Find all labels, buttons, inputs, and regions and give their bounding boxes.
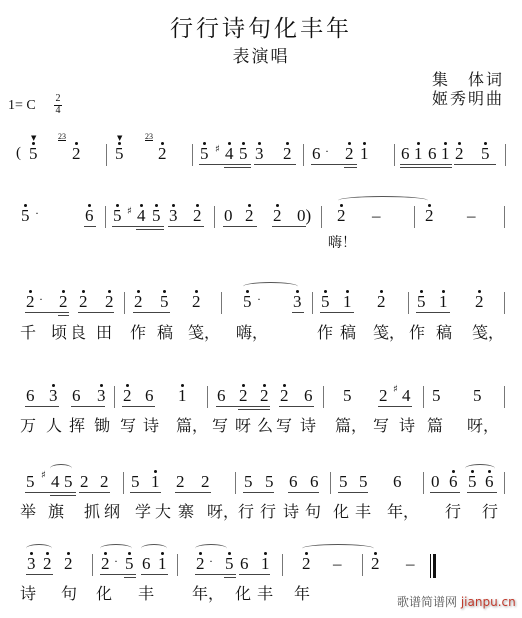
- note: 2: [273, 206, 282, 226]
- note: 2: [455, 144, 464, 164]
- note: 2: [100, 472, 109, 492]
- barline: [504, 292, 505, 314]
- note: 6: [145, 386, 154, 406]
- lyricist: 集 体词: [432, 70, 504, 89]
- lyric: 年: [294, 581, 310, 604]
- lyric: 人: [46, 413, 62, 436]
- barline: [504, 472, 505, 494]
- note: 6: [72, 386, 81, 406]
- lyric: 作: [409, 320, 425, 343]
- lyric: 篇，: [335, 413, 367, 436]
- lyric: 笺，: [472, 320, 504, 343]
- lyric: 篇: [427, 413, 443, 436]
- note: 4: [402, 386, 411, 406]
- barline: [207, 386, 208, 408]
- song-subtitle: 表演唱: [0, 42, 522, 67]
- note: 2: [377, 292, 386, 312]
- note: 6: [26, 386, 35, 406]
- composer: 姬秀明曲: [432, 89, 504, 108]
- tie: [338, 196, 428, 205]
- dot-duration: ·: [39, 292, 43, 307]
- note: 6: [85, 206, 94, 226]
- dot-duration: ·: [35, 206, 39, 221]
- note: 2: [43, 554, 52, 574]
- note: 5: [26, 472, 35, 492]
- lyric: 丰: [355, 499, 371, 522]
- lyric: 化: [96, 581, 112, 604]
- accent-mark-icon: ▼: [117, 134, 122, 142]
- lyric: 嗨！: [328, 232, 356, 252]
- note: 2: [101, 554, 110, 574]
- note: 2: [192, 292, 201, 312]
- note: 2: [59, 292, 68, 312]
- note: 5: [321, 292, 330, 312]
- watermark-site-name: 歌谱简谱网: [397, 595, 457, 609]
- barline: [92, 554, 93, 576]
- note: 1: [439, 292, 448, 312]
- note: 6: [240, 554, 249, 574]
- note: 3: [255, 144, 264, 164]
- note: 6: [485, 472, 494, 492]
- score-line-1: ( ▼ 5 23 2 ▼ 5 23 2 5 ♯ 4 5 3 2 6 · 2 1 …: [0, 130, 522, 190]
- note: 2: [302, 554, 311, 574]
- note: 2: [80, 472, 89, 492]
- barline: [282, 554, 283, 576]
- note: 2: [239, 386, 248, 406]
- barline: [330, 472, 331, 494]
- note: 1: [151, 472, 160, 492]
- lyric: 化: [235, 581, 251, 604]
- note: 1: [414, 144, 423, 164]
- note: 1: [441, 144, 450, 164]
- note: 3: [97, 386, 106, 406]
- lyric: 旗: [48, 499, 64, 522]
- lyric: 丰: [138, 581, 154, 604]
- note: 5: [152, 206, 161, 226]
- barline: [414, 206, 415, 228]
- lyric: 锄: [94, 413, 110, 436]
- extend-dash: –: [406, 554, 415, 574]
- barline: [321, 206, 322, 228]
- barline: [504, 386, 505, 408]
- lyric: 良: [70, 320, 86, 343]
- note: 2: [176, 472, 185, 492]
- note: 5: [239, 144, 248, 164]
- lyric: 诗: [399, 413, 415, 436]
- note: 5: [21, 206, 30, 226]
- accent-mark-icon: ▼: [31, 134, 36, 142]
- note: 5: [359, 472, 368, 492]
- note: 5: [265, 472, 274, 492]
- note: 2: [245, 206, 254, 226]
- barline: [423, 472, 424, 494]
- lyric: 诗: [143, 413, 159, 436]
- lyric: 句: [305, 499, 321, 522]
- note: 3: [27, 554, 36, 574]
- note: 2: [260, 386, 269, 406]
- note: 6: [217, 386, 226, 406]
- lyric: 笺，: [373, 320, 405, 343]
- lyric: 诗: [283, 499, 299, 522]
- note: 2: [475, 292, 484, 312]
- time-signature: 2 4: [54, 94, 62, 116]
- note: 2: [280, 386, 289, 406]
- note: 6: [428, 144, 437, 164]
- lyric: 写: [276, 413, 292, 436]
- note: 5: [131, 472, 140, 492]
- note: 2: [64, 554, 73, 574]
- note: 4: [51, 472, 60, 492]
- barline: [505, 144, 506, 166]
- lyric: 顷: [51, 320, 67, 343]
- note: 2: [337, 206, 346, 226]
- lyric: 句: [61, 581, 77, 604]
- note: 5: [481, 144, 490, 164]
- lyric: 举: [20, 499, 36, 522]
- lyric: 作: [317, 320, 333, 343]
- lyric: 年，: [387, 499, 419, 522]
- lyric: 呀，: [467, 413, 499, 436]
- lyric: 写: [373, 413, 389, 436]
- note: 3: [49, 386, 58, 406]
- sharp-icon: ♯: [215, 144, 220, 155]
- lyric: 寨: [178, 499, 194, 522]
- note: 5: [225, 554, 234, 574]
- open-paren: (: [16, 145, 21, 162]
- key-signature: 1= C: [8, 98, 36, 114]
- barline: [362, 554, 363, 576]
- lyric: 写: [120, 413, 136, 436]
- lyric: 化: [333, 499, 349, 522]
- lyric: 笺，: [188, 320, 220, 343]
- lyric: 稿: [436, 320, 452, 343]
- barline: [408, 292, 409, 314]
- note: 6: [393, 472, 402, 492]
- barline: [394, 144, 395, 166]
- grace-note: 23: [58, 132, 66, 141]
- note: 6: [449, 472, 458, 492]
- note: 2: [193, 206, 202, 226]
- lyric: 诗: [300, 413, 316, 436]
- final-barline: [433, 554, 436, 578]
- lyric: 呀，: [207, 499, 239, 522]
- note: 6: [401, 144, 410, 164]
- watermark: 歌谱简谱网 jianpu.cn: [397, 593, 516, 610]
- note: 5: [64, 472, 73, 492]
- note: 2: [196, 554, 205, 574]
- barline: [124, 292, 125, 314]
- score-line-2: 5 · 6 5 ♯ 4 5 3 2 0 2 2 0) 2 – 2 – 嗨！: [0, 192, 522, 252]
- note: 0: [431, 472, 440, 492]
- note: 2: [345, 144, 354, 164]
- extend-dash: –: [333, 554, 342, 574]
- note: 5: [160, 292, 169, 312]
- note: 1: [343, 292, 352, 312]
- sharp-icon: ♯: [393, 384, 398, 395]
- note: 6: [310, 472, 319, 492]
- note: 5: [243, 292, 252, 312]
- note: 5: [339, 472, 348, 492]
- note: 2: [26, 292, 35, 312]
- score-line-5: 5 ♯ 4 5 2 2 5 1 2 2 5 5 6 6 5 5 6 0 6 5 …: [0, 462, 522, 522]
- lyric: 行: [445, 499, 461, 522]
- tie: [302, 544, 374, 553]
- credits: 集 体词 姬秀明曲: [432, 70, 504, 108]
- note: 5: [115, 144, 124, 164]
- note: 5: [244, 472, 253, 492]
- note: 4: [225, 144, 234, 164]
- lyric: 行: [238, 499, 254, 522]
- lyric: 行: [482, 499, 498, 522]
- barline: [214, 206, 215, 228]
- note: 1: [360, 144, 369, 164]
- lyric: 学: [135, 499, 151, 522]
- note: 2: [79, 292, 88, 312]
- slur: [243, 282, 298, 291]
- dot-duration: ·: [325, 144, 329, 159]
- lyric: 抓: [84, 499, 100, 522]
- barline: [192, 144, 193, 166]
- note: 0: [224, 206, 233, 226]
- lyric: 稿: [340, 320, 356, 343]
- barline: [221, 292, 222, 314]
- note: 6: [142, 554, 151, 574]
- time-sig-top: 2: [54, 94, 62, 104]
- lyric: 么: [257, 413, 273, 436]
- note: 2: [371, 554, 380, 574]
- lyric: 千: [20, 320, 36, 343]
- barline: [423, 386, 424, 408]
- lyric: 挥: [69, 413, 85, 436]
- note: 2: [158, 144, 167, 164]
- note: 5: [200, 144, 209, 164]
- note: 6: [289, 472, 298, 492]
- note: 6: [304, 386, 313, 406]
- barline: [430, 554, 431, 578]
- song-title: 行行诗句化丰年: [0, 10, 522, 43]
- note: 5: [113, 206, 122, 226]
- sharp-icon: ♯: [127, 206, 132, 217]
- note: 6: [312, 144, 321, 164]
- note: 1: [178, 386, 187, 406]
- barline: [323, 386, 324, 408]
- sharp-icon: ♯: [41, 470, 46, 481]
- lyric: 行: [260, 499, 276, 522]
- lyric: 纲: [104, 499, 120, 522]
- note: 3: [293, 292, 302, 312]
- note: 2: [72, 144, 81, 164]
- note: 5: [473, 386, 482, 406]
- lyric: 篇，: [176, 413, 208, 436]
- lyric: 稿: [157, 320, 173, 343]
- dot-duration: ·: [114, 554, 118, 569]
- lyric: 万: [20, 413, 36, 436]
- note: 2: [283, 144, 292, 164]
- barline: [105, 206, 106, 228]
- note: 2: [105, 292, 114, 312]
- note: 4: [137, 206, 146, 226]
- dot-duration: ·: [257, 292, 261, 307]
- lyric: 诗: [20, 581, 36, 604]
- extend-dash: –: [467, 206, 476, 226]
- grace-note: 23: [145, 132, 153, 141]
- barline: [106, 144, 107, 166]
- lyric: 呀: [235, 413, 251, 436]
- note: 5: [29, 144, 38, 164]
- note: 5: [343, 386, 352, 406]
- dot-duration: ·: [209, 554, 213, 569]
- note: 2: [425, 206, 434, 226]
- lyric: 写: [212, 413, 228, 436]
- lyric: 作: [130, 320, 146, 343]
- barline: [235, 472, 236, 494]
- score-line-4: 6 3 6 3 2 6 1 6 2 2 2 6 5 2 ♯ 4 5 5 万 人 …: [0, 376, 522, 436]
- note: 0): [297, 206, 311, 226]
- watermark-domain-link[interactable]: jianpu.cn: [461, 595, 516, 609]
- note: 5: [468, 472, 477, 492]
- lyric: 大: [155, 499, 171, 522]
- note: 3: [169, 206, 178, 226]
- note: 2: [134, 292, 143, 312]
- note: 1: [261, 554, 270, 574]
- note: 2: [123, 386, 132, 406]
- note: 5: [417, 292, 426, 312]
- extend-dash: –: [372, 206, 381, 226]
- note: 5: [125, 554, 134, 574]
- note: 1: [158, 554, 167, 574]
- lyric: 年，: [192, 581, 224, 604]
- barline: [123, 472, 124, 494]
- lyric: 嗨，: [236, 320, 268, 343]
- note: 2: [201, 472, 210, 492]
- barline: [114, 386, 115, 408]
- barline: [177, 554, 178, 576]
- lyric: 丰: [257, 581, 273, 604]
- barline: [312, 292, 313, 314]
- note: 2: [379, 386, 388, 406]
- lyric: 田: [96, 320, 112, 343]
- barline: [504, 206, 505, 228]
- score-line-3: 2 · 2 2 2 2 5 2 5 · 3 5 1 2 5 1 2 千 顷 良 …: [0, 282, 522, 342]
- barline: [303, 144, 304, 166]
- note: 5: [432, 386, 441, 406]
- time-sig-bottom: 4: [54, 106, 62, 116]
